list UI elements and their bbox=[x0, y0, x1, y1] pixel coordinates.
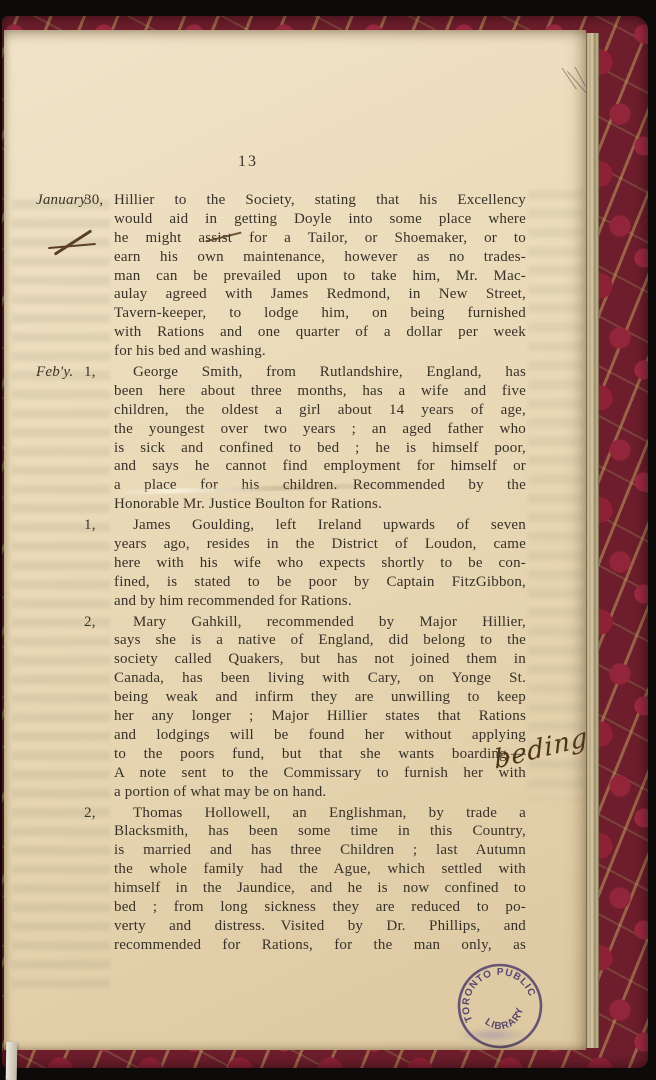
text-line: he might assist for a Tailor, or Shoemak… bbox=[114, 229, 526, 248]
text-line: to the poors fund, but that she wants bo… bbox=[114, 745, 526, 764]
text-line: Hillier to the Society, stating that his… bbox=[114, 191, 526, 210]
text-line: is married and has three Children ; last… bbox=[114, 841, 526, 860]
text-line: been here about three months, has a wife… bbox=[114, 382, 526, 401]
text-line: years ago, resides in the District of Lo… bbox=[114, 535, 526, 554]
text-line: Thomas Hollowell, an Englishman, by trad… bbox=[114, 804, 526, 823]
journal-entry: 1,James Goulding, left Ireland upwards o… bbox=[114, 516, 526, 610]
text-line: himself in the Jaundice, and he is now c… bbox=[114, 879, 526, 898]
entry-day-number: 30, bbox=[84, 191, 103, 210]
text-line: for his bed and washing. bbox=[114, 342, 526, 361]
text-line: a portion of what may be on hand. bbox=[114, 783, 526, 802]
pencil-marks bbox=[574, 67, 586, 87]
text-line: would aid in getting Doyle into some pla… bbox=[114, 210, 526, 229]
text-line: fined, is stated to be poor by Captain F… bbox=[114, 573, 526, 592]
text-line: here with his wife who expects shortly t… bbox=[114, 554, 526, 573]
text-line: aulay agreed with James Redmond, in New … bbox=[114, 285, 526, 304]
journal-entry: 2,Mary Gahkill, recommended by Major Hil… bbox=[114, 613, 526, 802]
text-line: recommended for Rations, for the man onl… bbox=[114, 936, 526, 955]
text-line: Tavern-keeper, to lodge him, on being fu… bbox=[114, 304, 526, 323]
entry-day-number: 1, bbox=[84, 516, 96, 535]
text-line: Blacksmith, has been some time in this C… bbox=[114, 822, 526, 841]
text-line: bed ; from long sickness they are reduce… bbox=[114, 898, 526, 917]
text-line: is sick and confined to bed ; he is hims… bbox=[114, 439, 526, 458]
text-line: the whole family had the Ague, which set… bbox=[114, 860, 526, 879]
library-stamp: TORONTO PUBLIC LIBRARY bbox=[438, 944, 563, 1069]
stamp-ink-smudge bbox=[457, 1028, 529, 1042]
page-number: 13 bbox=[218, 152, 278, 172]
bleed-through-right bbox=[528, 190, 584, 800]
ink-check-mark-slash bbox=[54, 229, 93, 255]
text-line: children, the oldest a girl about 14 yea… bbox=[114, 401, 526, 420]
text-line: Canada, has been living with Cary, on Yo… bbox=[114, 669, 526, 688]
text-line: and says he cannot find employment for h… bbox=[114, 457, 526, 476]
text-line: man can be prevailed upon to take him, M… bbox=[114, 267, 526, 286]
text-line: and by him recommended for Rations. bbox=[114, 592, 526, 611]
text-line: the youngest over two years ; an aged fa… bbox=[114, 420, 526, 439]
text-line: with Rations and one quarter of a dollar… bbox=[114, 323, 526, 342]
bookmark-ribbon bbox=[6, 1042, 18, 1080]
text-line: George Smith, from Rutlandshire, England… bbox=[114, 363, 526, 382]
stacked-page-edges bbox=[586, 33, 599, 1048]
text-line: Honorable Mr. Justice Boulton for Ration… bbox=[114, 495, 526, 514]
text-line: A note sent to the Commissary to furnish… bbox=[114, 764, 526, 783]
text-line: society called Quakers, but has not join… bbox=[114, 650, 526, 669]
journal-entry: 2,Thomas Hollowell, an Englishman, by tr… bbox=[114, 804, 526, 955]
text-line: says she is a native of England, did bel… bbox=[114, 631, 526, 650]
text-line: and lodgings will be found her without a… bbox=[114, 726, 526, 745]
text-line: being weak and infirm they are unwilling… bbox=[114, 688, 526, 707]
text-line: verty and distress. Visited by Dr. Phill… bbox=[114, 917, 526, 936]
journal-text-block: January30,Hillier to the Society, statin… bbox=[114, 191, 526, 957]
text-line: her any longer ; Major Hillier states th… bbox=[114, 707, 526, 726]
bleed-through-left bbox=[12, 200, 110, 990]
entry-day-number: 2, bbox=[84, 804, 96, 823]
journal-entry: January30,Hillier to the Society, statin… bbox=[114, 191, 526, 361]
text-line: earn his own maintenance, however as no … bbox=[114, 248, 526, 267]
text-line: James Goulding, left Ireland upwards of … bbox=[114, 516, 526, 535]
entry-day-number: 2, bbox=[84, 613, 96, 632]
text-line: Mary Gahkill, recommended by Major Hilli… bbox=[114, 613, 526, 632]
entry-day-number: 1, bbox=[84, 363, 96, 382]
entry-date-label: Feb'y. bbox=[36, 363, 73, 382]
scanned-book-photo: 13 January30,Hillier to the Society, sta… bbox=[0, 0, 656, 1080]
book-page: 13 January30,Hillier to the Society, sta… bbox=[4, 30, 586, 1050]
entry-date-label: January bbox=[36, 191, 87, 210]
